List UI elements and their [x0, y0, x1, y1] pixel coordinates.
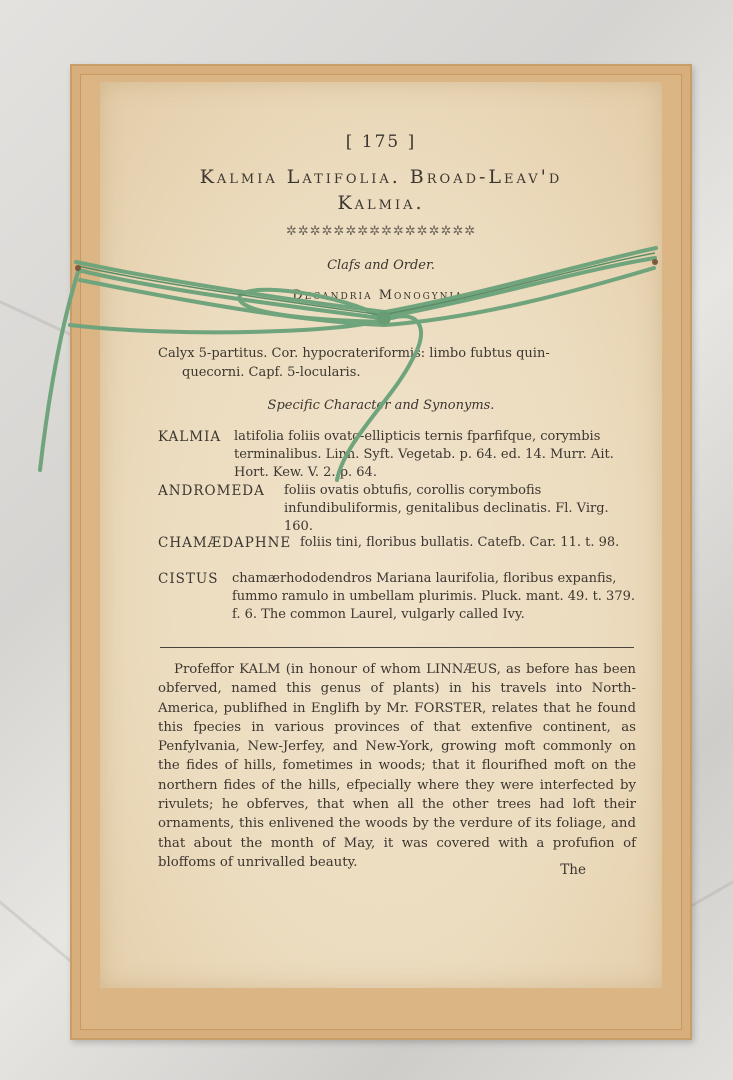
page-title: Kalmia Latifolia. Broad-Leav'd Kalmia. [100, 164, 662, 216]
page-number: [ 175 ] [100, 132, 662, 152]
synonym-genus: KALMIA [158, 428, 221, 446]
catchword: The [560, 862, 586, 878]
class-order: Decandria Monogynia. [100, 288, 662, 303]
title-line-1: Kalmia Latifolia. Broad-Leav'd [100, 164, 662, 190]
synonym-text: latifolia foliis ovato-ellipticis ternis… [158, 428, 636, 482]
generic-line-2: quecorni. Capf. 5-locularis. [158, 363, 628, 382]
synonym-entry: CHAMÆDAPHNE foliis tini, floribus bullat… [158, 534, 636, 552]
generic-line-1: Calyx 5-partitus. Cor. hypocrateriformis… [158, 346, 550, 361]
specific-heading: Specific Character and Synonyms. [100, 398, 662, 413]
section-rule [160, 647, 634, 648]
class-heading: Clafs and Order. [100, 258, 662, 273]
generic-character: Calyx 5-partitus. Cor. hypocrateriformis… [158, 344, 628, 382]
synonym-entry: ANDROMEDA foliis ovatis obtufis, corolli… [158, 482, 636, 536]
title-line-2: Kalmia. [100, 190, 662, 216]
synonym-text: chamærhododendros Mariana laurifolia, fl… [158, 570, 636, 624]
synonym-genus: CISTUS [158, 570, 219, 588]
synonym-entry: CISTUS chamærhododendros Mariana laurifo… [158, 570, 636, 624]
body-paragraph: Profeffor KALM (in honour of whom LINNÆU… [158, 660, 636, 872]
book-page: [ 175 ] Kalmia Latifolia. Broad-Leav'd K… [100, 82, 662, 988]
synonym-genus: ANDROMEDA [158, 482, 265, 500]
ornament-divider: ✲✲✲✲✲✲✲✲✲✲✲✲✲✲✲✲ [100, 224, 662, 239]
synonym-entry: KALMIA latifolia foliis ovato-ellipticis… [158, 428, 636, 482]
synonym-genus: CHAMÆDAPHNE [158, 534, 291, 552]
